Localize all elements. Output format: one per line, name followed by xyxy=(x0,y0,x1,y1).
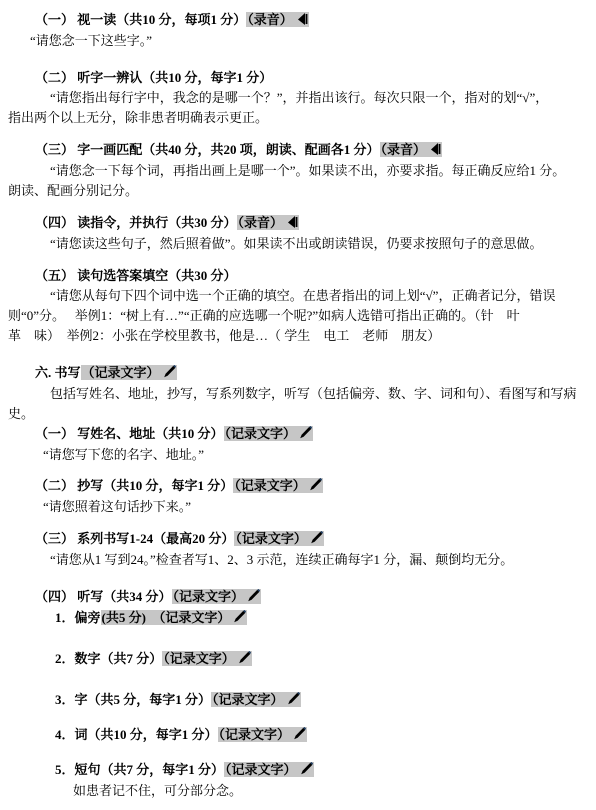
write-tag-label: (共5 分) （记录文字） xyxy=(102,610,231,625)
section-1-instruction: “请您念一下这些字。” xyxy=(30,31,588,51)
section-6-1-heading: （一） 写姓名、地址（共10 分）（记录文字） xyxy=(35,424,588,445)
dictation-item-1-text: 1．偏旁 xyxy=(55,610,101,625)
write-tag[interactable]: （记录文字） xyxy=(172,589,262,604)
pencil-icon[interactable] xyxy=(310,530,323,550)
section-6-1-instruction: “请您写下您的名字、地址。” xyxy=(43,445,588,465)
write-tag-label: （记录文字） xyxy=(212,692,284,707)
write-tag[interactable]: (共5 分) （记录文字） xyxy=(101,610,248,625)
section-6-2-instruction: “请您照着这句话抄下来。” xyxy=(43,497,588,517)
write-tag-label: （记录文字） xyxy=(163,651,235,666)
pencil-icon[interactable] xyxy=(238,650,251,670)
section-4-heading-text: （四） 读指令，并执行（共30 分） xyxy=(35,215,237,230)
section-2-instruction-line1: “请您指出每行字中，我念的是哪一个？”，并指出该行。每次只限一个，指对的划“√”… xyxy=(8,88,588,108)
pencil-icon[interactable] xyxy=(300,761,313,781)
audio-tag-label: （录音） xyxy=(238,215,284,230)
audio-tag[interactable]: （录音） xyxy=(237,215,300,230)
section-4-instruction: “请您读这些句子，然后照着做”。如果读不出或朗读错误，仍要求按照句子的意思做。 xyxy=(8,234,588,254)
dictation-item-1: 1．偏旁(共5 分) （记录文字） xyxy=(55,608,588,629)
dictation-item-3: 3．字（共5 分，每字1 分）（记录文字） xyxy=(55,690,588,711)
section-5-instruction-line3: 革 味） 举例2：小张在学校里教书，他是…（ 学生 电工 老师 朋友） xyxy=(8,326,588,346)
section-6-3-heading-text: （三） 系列书写1-24（最高20 分） xyxy=(35,531,234,546)
section-5-heading: （五） 读句选答案填空（共30 分） xyxy=(35,266,588,286)
dictation-item-5-text: 5．短句（共7 分，每字1 分） xyxy=(55,762,224,777)
pencil-icon[interactable] xyxy=(163,364,176,384)
speaker-icon[interactable] xyxy=(429,141,441,161)
write-tag-label: （记录文字） xyxy=(225,426,297,441)
write-tag[interactable]: （记录文字） xyxy=(218,727,308,742)
section-2-heading: （二） 听字一辨认（共10 分，每字1 分） xyxy=(35,68,588,88)
pencil-icon[interactable] xyxy=(247,588,260,608)
write-tag[interactable]: （记录文字） xyxy=(81,365,177,380)
section-3-instruction-line2: 朗读、配画分别记分。 xyxy=(8,181,588,201)
write-tag[interactable]: （记录文字） xyxy=(211,692,301,707)
pencil-icon[interactable] xyxy=(287,691,300,711)
write-tag-label: （记录文字） xyxy=(235,531,307,546)
write-tag-label: （记录文字） xyxy=(173,589,245,604)
section-3-heading-text: （三） 字一画匹配（共40 分，共20 项，朗读、配画各1 分） xyxy=(35,142,380,157)
dictation-item-2-text: 2．数字（共7 分） xyxy=(55,651,162,666)
section-5-instruction-line1: “请您从每句下四个词中选一个正确的填空。在患者指出的词上划“√”，正确者记分，错… xyxy=(8,286,588,306)
section-6-intro-line2: 史。 xyxy=(8,404,588,424)
section-6-1-heading-text: （一） 写姓名、地址（共10 分） xyxy=(35,426,224,441)
dictation-item-4-text: 4．词（共10 分，每字1 分） xyxy=(55,727,218,742)
section-6-2-heading: （二） 抄写（共10 分，每字1 分）（记录文字） xyxy=(35,476,588,497)
audio-tag[interactable]: （录音） xyxy=(246,12,309,27)
audio-tag-label: （录音） xyxy=(247,12,293,27)
write-tag[interactable]: （记录文字） xyxy=(224,426,314,441)
dictation-item-3-text: 3．字（共5 分，每字1 分） xyxy=(55,692,211,707)
audio-tag[interactable]: （录音） xyxy=(380,142,443,157)
section-6-intro-line1: 包括写姓名、地址，抄写，写系列数字，听写（包括偏旁、数、字、词和句）、看图写和写… xyxy=(8,384,588,404)
section-1-heading: （一） 视一读（共10 分，每项1 分）（录音） xyxy=(35,10,588,31)
pencil-icon[interactable] xyxy=(293,726,306,746)
section-6-heading: 六. 书写（记录文字） xyxy=(35,363,588,384)
write-tag-label: （记录文字） xyxy=(82,365,160,380)
pencil-icon[interactable] xyxy=(233,609,246,629)
section-6-2-heading-text: （二） 抄写（共10 分，每字1 分） xyxy=(35,478,233,493)
dictation-item-4: 4．词（共10 分，每字1 分）（记录文字） xyxy=(55,725,588,746)
write-tag-label: （记录文字） xyxy=(219,727,291,742)
section-3-instruction-line1: “请您念一下每个词，再指出画上是哪一个”。如果读不出，亦要求指。每正确反应给1 … xyxy=(8,161,588,181)
write-tag[interactable]: （记录文字） xyxy=(234,531,324,546)
speaker-icon[interactable] xyxy=(286,214,298,234)
dictation-item-2: 2．数字（共7 分）（记录文字） xyxy=(55,649,588,670)
section-1-heading-text: （一） 视一读（共10 分，每项1 分） xyxy=(35,12,246,27)
write-tag-label: （记录文字） xyxy=(225,762,297,777)
section-6-4-heading-text: （四） 听写（共34 分） xyxy=(35,589,172,604)
dictation-note: 如患者记不住，可分部分念。 xyxy=(73,781,588,801)
section-6-3-instruction: “请您从1 写到24。”检查者写1、2、3 示范，连续正确每字1 分，漏、颠倒均… xyxy=(8,550,588,570)
document-page: （一） 视一读（共10 分，每项1 分）（录音） “请您念一下这些字。” （二）… xyxy=(0,0,596,801)
dictation-item-5: 5．短句（共7 分，每字1 分）（记录文字） xyxy=(55,760,588,781)
write-tag[interactable]: （记录文字） xyxy=(162,651,252,666)
audio-tag-label: （录音） xyxy=(381,142,427,157)
section-4-heading: （四） 读指令，并执行（共30 分）（录音） xyxy=(35,213,588,234)
section-6-heading-text: 六. 书写 xyxy=(35,365,81,380)
write-tag-label: （记录文字） xyxy=(234,478,306,493)
pencil-icon[interactable] xyxy=(309,477,322,497)
speaker-icon[interactable] xyxy=(296,11,308,31)
section-3-heading: （三） 字一画匹配（共40 分，共20 项，朗读、配画各1 分）（录音） xyxy=(35,140,588,161)
write-tag[interactable]: （记录文字） xyxy=(233,478,323,493)
section-6-3-heading: （三） 系列书写1-24（最高20 分）（记录文字） xyxy=(35,529,588,550)
section-5-instruction-line2: 则“0”分。 举例1：“树上有…”“正确的应选哪一个呢?”如病人选错可指出正确的… xyxy=(8,306,588,326)
section-2-instruction-line2: 指出两个以上无分，除非患者明确表示更正。 xyxy=(8,108,588,128)
write-tag[interactable]: （记录文字） xyxy=(224,762,314,777)
section-6-4-heading: （四） 听写（共34 分）（记录文字） xyxy=(35,587,588,608)
pencil-icon[interactable] xyxy=(299,425,312,445)
